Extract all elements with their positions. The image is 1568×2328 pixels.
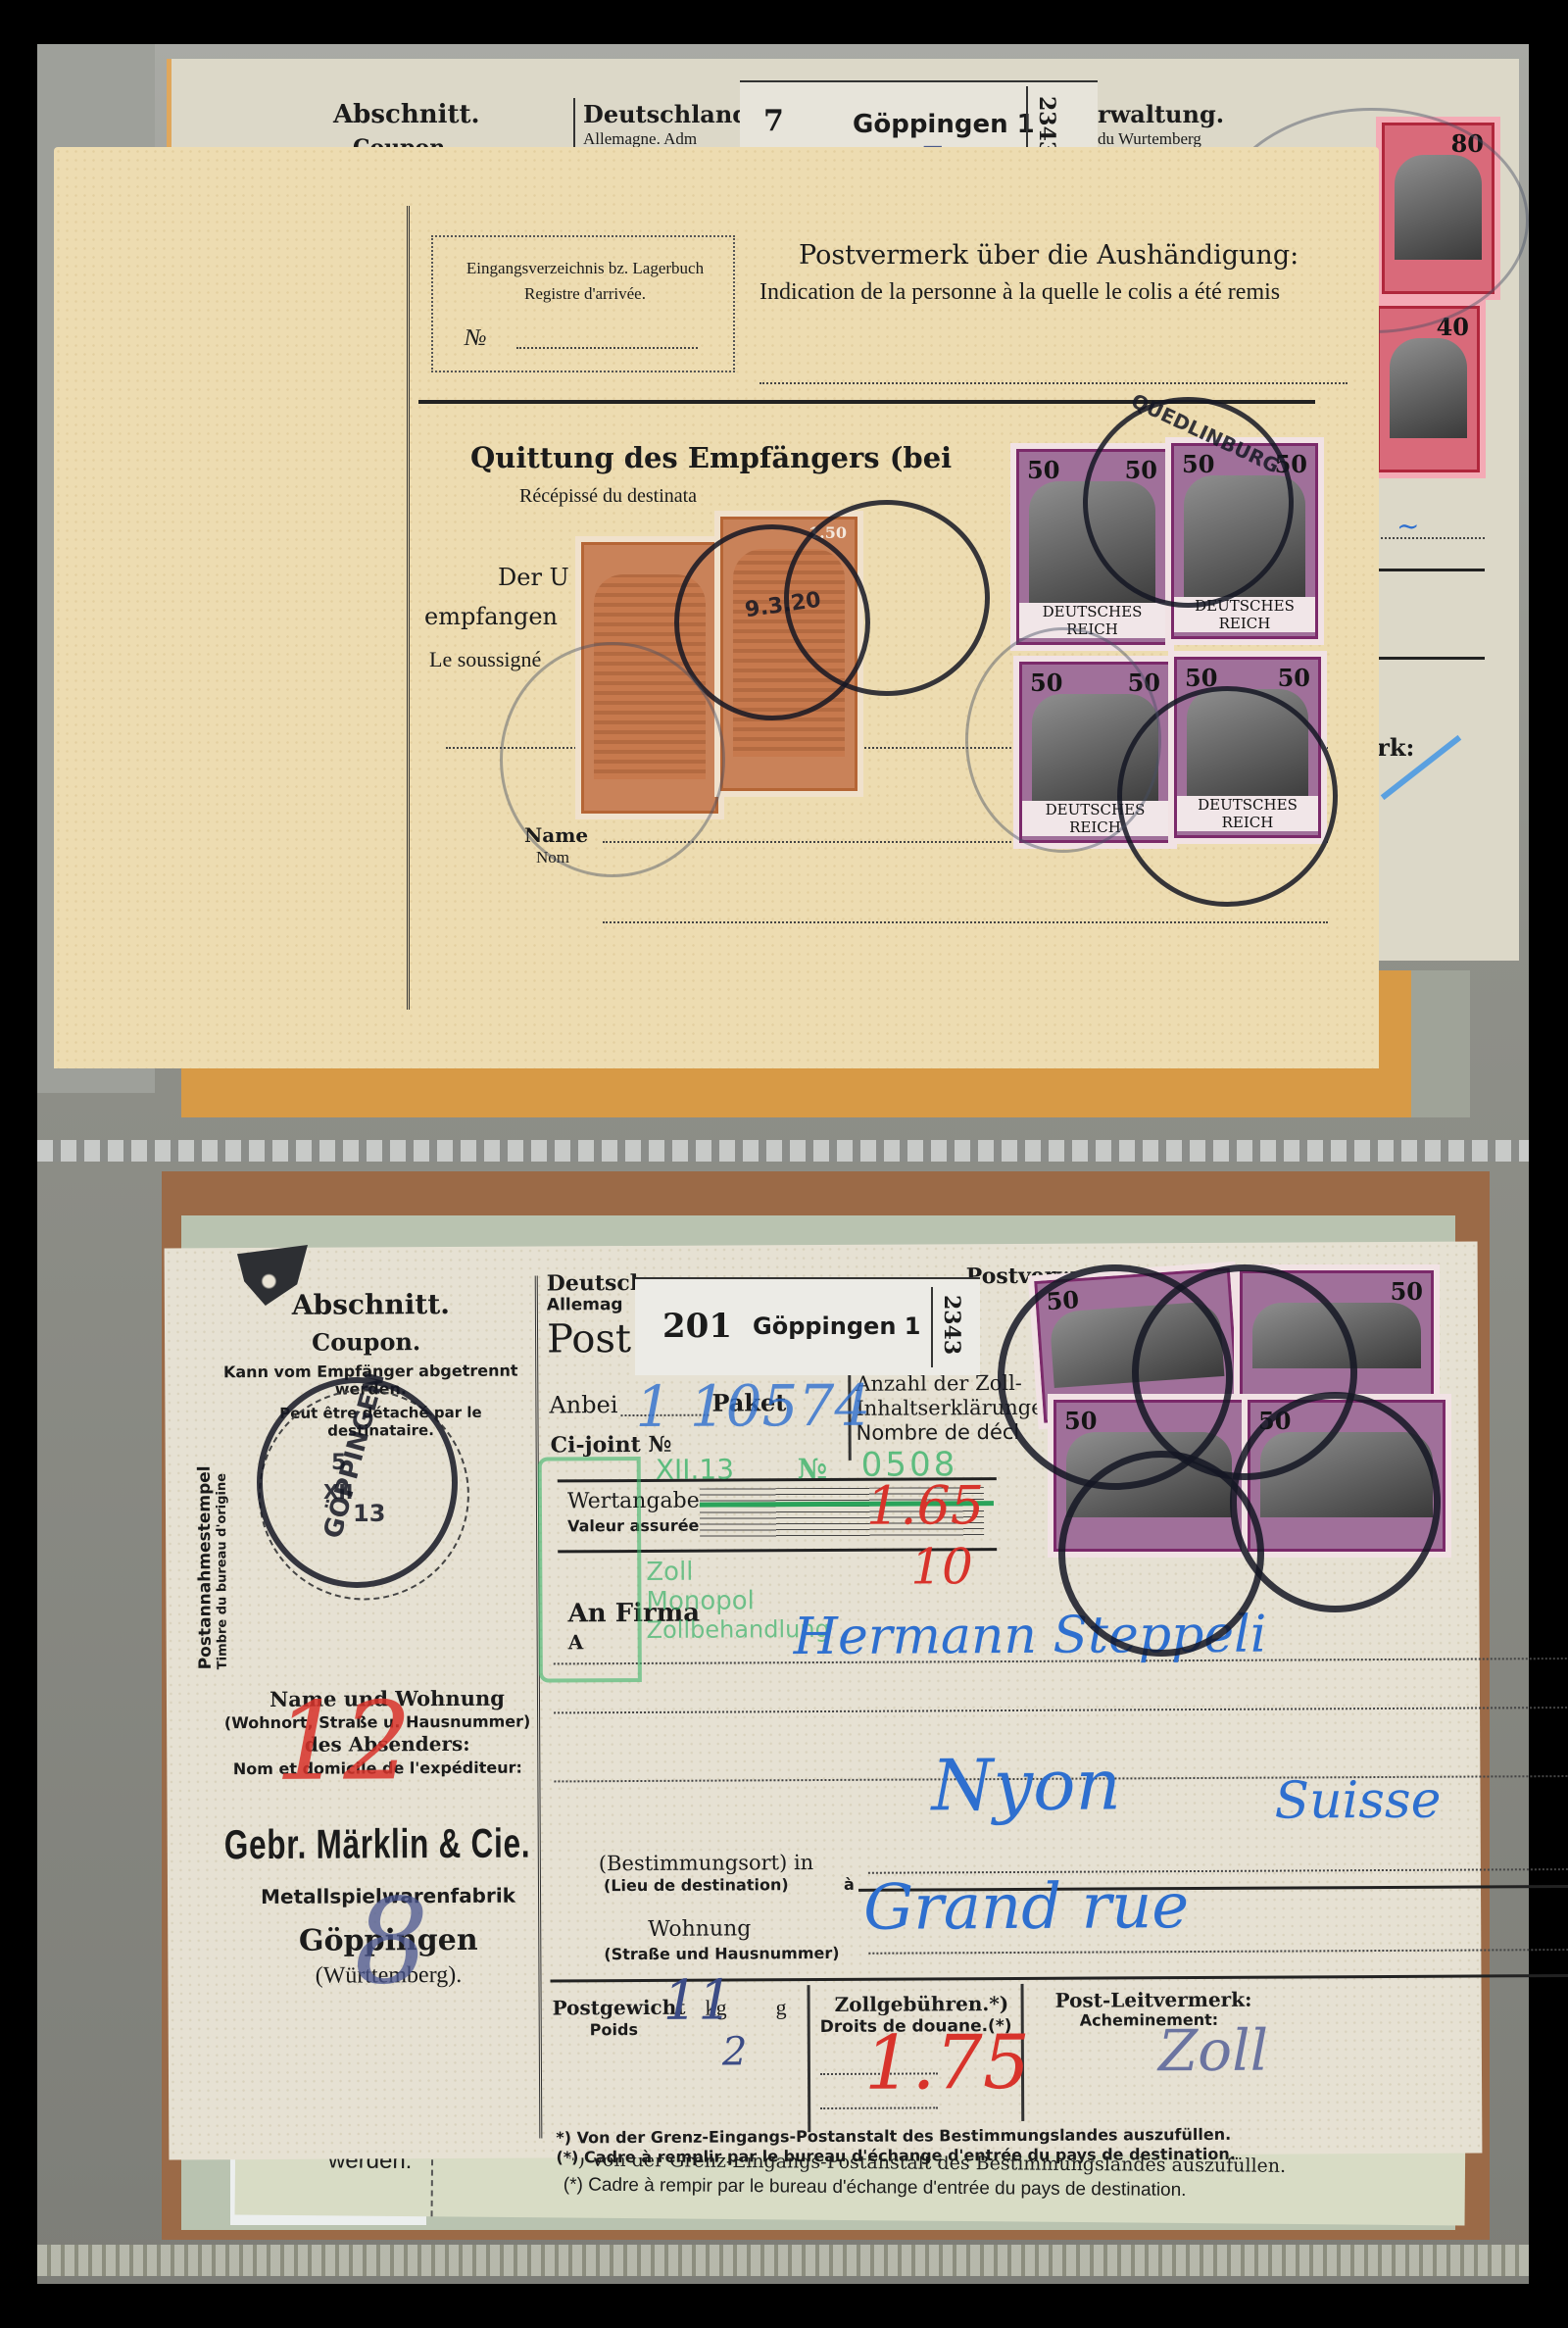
receipt-line-2: empfangen: [424, 603, 558, 630]
pocket-strip-bottom: [37, 2245, 1529, 2276]
rule: [1367, 657, 1485, 660]
sender-name: Gebr. Märklin & Cie.: [224, 1820, 531, 1869]
header-right-fr: du Wurtemberg: [1098, 129, 1201, 149]
green-stamp-date: XII.13: [656, 1453, 734, 1485]
cancellation-mark: [965, 627, 1161, 853]
destination-prep: à: [844, 1875, 855, 1894]
delivery-note-title: Postvermerk über die Aushändigung:: [799, 240, 1298, 271]
label-divider: [931, 1287, 933, 1367]
stamp-portrait: [1390, 338, 1467, 438]
coupon-divider: [535, 1276, 543, 2139]
handwritten-destination: Nyon: [931, 1743, 1121, 1826]
signature-field[interactable]: [603, 921, 1328, 923]
cancellation-mark: [500, 642, 725, 877]
residence-label: Wohnung: [648, 1916, 751, 1942]
footnote-fr: (*) Cadre à remplir par le bureau d'écha…: [556, 2145, 1235, 2167]
stamp-value: 50: [1027, 456, 1059, 484]
cancellation-mark: [784, 500, 990, 696]
header-left: Deutschland.: [583, 100, 757, 128]
registry-title-fr: Registre d'arrivée.: [443, 284, 727, 304]
header-title-de: Deutsch: [547, 1270, 646, 1297]
parcel-label-bottom: 201 Göppingen 1 2343: [635, 1277, 980, 1375]
handwriting: ~: [1396, 510, 1419, 542]
postmark-year: 13: [353, 1500, 385, 1527]
handwritten-value: 1.65: [866, 1474, 985, 1537]
cancellation-mark: [1230, 1392, 1441, 1612]
handwritten-street: Grand rue: [863, 1870, 1189, 1945]
header-left-fr: Allemagne. Adm: [583, 129, 697, 149]
label-number: 7: [763, 104, 784, 138]
label-place: Göppingen 1: [753, 1313, 920, 1340]
receipt-line-3: Le soussigné: [429, 647, 541, 672]
postmark-label-de: Postannahmestempel: [195, 1465, 216, 1669]
declarations-fr: Nombre de décl: [857, 1420, 1020, 1445]
footnote-de: *) Von der Grenz-Eingangs-Postanstalt de…: [556, 2125, 1231, 2148]
registry-number-field[interactable]: [516, 347, 698, 349]
header-title-fr: Allemag: [547, 1295, 623, 1314]
postmark-label-fr: Timbre du bureau d'origine: [215, 1473, 230, 1669]
handwritten-weight-kg: 11: [662, 1968, 733, 2032]
pocket-strip: [37, 1140, 1529, 1162]
routing-label: Post-Leitvermerk:: [1055, 1988, 1252, 2012]
receipt-title: Quittung des Empfängers (bei: [470, 441, 952, 474]
handwritten-routing: Zoll: [1158, 2017, 1269, 2085]
coupon-title: Abschnitt.: [333, 100, 480, 129]
handwritten-parcel-number: 1 10574: [635, 1372, 870, 1440]
green-stamp-line-2: Monopol: [646, 1586, 755, 1616]
rule: [1367, 569, 1485, 571]
registry-number-label: №: [465, 325, 487, 352]
registry-title-de: Eingangsverzeichnis bz. Lagerbuch: [443, 259, 727, 278]
residence-label-sub: (Straße und Hausnummer): [604, 1944, 839, 1963]
destination-label: (Bestimmungsort) in: [599, 1851, 813, 1875]
handwritten-red-mark: 12: [274, 1678, 413, 1805]
coupon-subtitle: Coupon.: [312, 1327, 420, 1357]
postmark-month: XII: [323, 1480, 353, 1504]
label-number: 201: [662, 1307, 732, 1346]
back-card-edge: [1411, 970, 1470, 1117]
dotted-line: [1377, 537, 1485, 539]
receipt-subtitle: Récépissé du destinata: [519, 485, 697, 508]
enclosed-label: Anbei: [549, 1391, 617, 1418]
handwritten-blue-mark: 8: [354, 1874, 429, 2010]
destination-label-fr: (Lieu de destination): [604, 1875, 789, 1895]
green-stamp-no-label: №: [798, 1453, 828, 1485]
card-divider: [407, 206, 410, 1010]
customs-label: Zollgebühren.*): [835, 1992, 1009, 2016]
delivery-note-field[interactable]: [759, 382, 1347, 384]
header-right: rwaltung.: [1098, 100, 1224, 128]
label-place: Göppingen 1: [853, 110, 1035, 139]
stamp-value: 50: [1278, 664, 1310, 692]
handwritten-value-2: 10: [910, 1538, 973, 1595]
green-stamp-line-1: Zoll: [646, 1558, 693, 1587]
stamp-value: 50: [1391, 1277, 1423, 1306]
green-customs-stamp: [538, 1457, 642, 1683]
postmark-day: 5: [331, 1451, 346, 1475]
handwritten-customs: 1.75: [864, 2018, 1031, 2106]
registry-box: Eingangsverzeichnis bz. Lagerbuch Regist…: [431, 235, 735, 372]
weight-unit-g: g: [776, 1995, 787, 2020]
coupon-title: Abschnitt.: [292, 1288, 450, 1321]
back-footnote-fr: (*) Cadre à rempir par le bureau d'échan…: [563, 2174, 1187, 2202]
divider: [808, 1985, 811, 2132]
residence-field[interactable]: [868, 1949, 1568, 1955]
form-title: Post: [547, 1316, 631, 1362]
delivery-note-subtitle: Indication de la personne à la quelle le…: [759, 279, 1280, 306]
label-code: 2343: [939, 1295, 964, 1355]
firm-field-2[interactable]: [554, 1707, 1568, 1714]
weight-label-fr: Poids: [590, 2020, 638, 2039]
handwritten-region: Suisse: [1274, 1771, 1441, 1831]
receipt-line-1: Der U: [498, 564, 569, 591]
handwritten-weight-g: 2: [722, 2029, 748, 2074]
customs-field-2[interactable]: [820, 2106, 938, 2109]
